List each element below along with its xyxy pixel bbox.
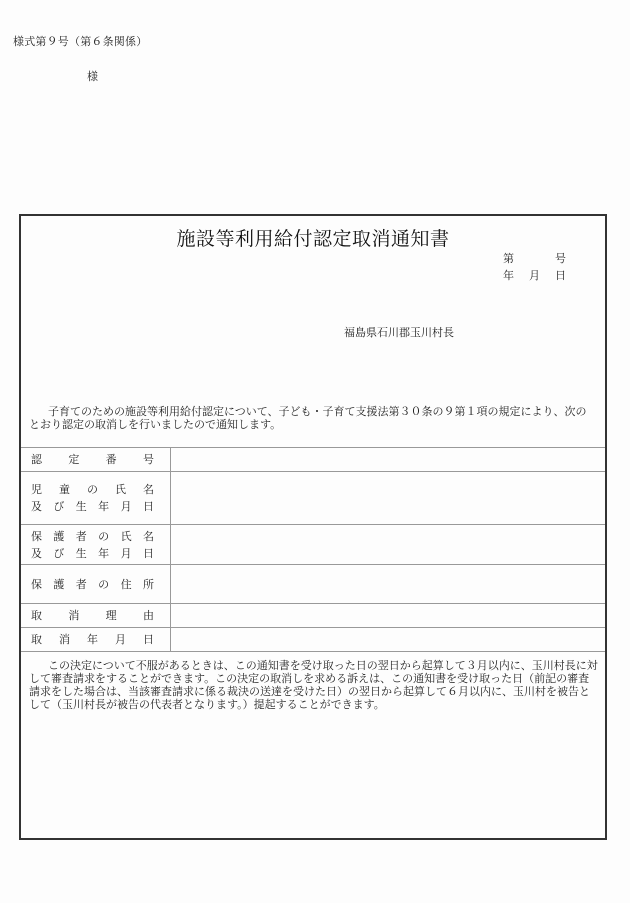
label-char: び (53, 498, 64, 515)
label-char: 氏 (121, 528, 132, 545)
row-label-cancellation-date: 取消年月日 (21, 628, 170, 652)
row-value-certification-number[interactable] (170, 448, 605, 472)
label-char: 号 (143, 451, 154, 468)
label-char: 及 (31, 545, 42, 562)
document-frame: 施設等利用給付認定取消通知書 第 号 年 月 日 福島県石川郡玉川村長 子育ての… (19, 214, 607, 840)
label-char: 童 (59, 481, 70, 498)
label-char: 者 (76, 576, 87, 593)
label-char: 名 (143, 528, 154, 545)
row-value-guardian-name-birthdate[interactable] (170, 525, 605, 565)
label-char: 定 (68, 451, 79, 468)
info-table: 認定番号児童の氏名及び生年月日保護者の氏名及び生年月日保護者の住所取消理由取消年… (21, 447, 605, 652)
label-char: 消 (68, 607, 79, 624)
label-char: 年 (98, 498, 109, 515)
table-row-certification-number: 認定番号 (21, 448, 605, 472)
label-char: 保 (31, 528, 42, 545)
label-char: 生 (76, 498, 87, 515)
row-label-cancellation-reason: 取消理由 (21, 604, 170, 628)
label-line: 認定番号 (31, 451, 154, 468)
table-row-child-name-birthdate: 児童の氏名及び生年月日 (21, 472, 605, 525)
label-char: 日 (143, 545, 154, 562)
label-line: 保護者の氏名 (31, 528, 154, 545)
label-line: 保護者の住所 (31, 576, 154, 593)
label-line: 及び生年月日 (31, 545, 154, 562)
issuer-name: 福島県石川郡玉川村長 (344, 324, 454, 340)
row-value-cancellation-reason[interactable] (170, 604, 605, 628)
label-char: 日 (143, 631, 154, 648)
label-char: の (98, 528, 109, 545)
label-line: 取消理由 (31, 607, 154, 624)
table-row-cancellation-date: 取消年月日 (21, 628, 605, 652)
form-number: 様式第９号（第６条関係） (13, 33, 147, 49)
date-day: 日 (555, 267, 566, 284)
label-char: 取 (31, 607, 42, 624)
row-label-certification-number: 認定番号 (21, 448, 170, 472)
label-char: 児 (31, 481, 42, 498)
label-char: の (87, 481, 98, 498)
table-row-cancellation-reason: 取消理由 (21, 604, 605, 628)
document-number-date: 第 号 年 月 日 (501, 250, 566, 284)
label-char: 消 (59, 631, 70, 648)
label-char: 住 (121, 576, 132, 593)
label-line: 及び生年月日 (31, 498, 154, 515)
row-value-child-name-birthdate[interactable] (170, 472, 605, 525)
date-year: 年 (503, 267, 514, 284)
appeal-notice: この決定について不服があるときは、この通知書を受け取った日の翌日から起算して３月… (29, 659, 599, 711)
table-row-guardian-address: 保護者の住所 (21, 565, 605, 604)
label-char: 由 (143, 607, 154, 624)
date-month: 月 (529, 267, 540, 284)
label-char: 理 (106, 607, 117, 624)
row-value-cancellation-date[interactable] (170, 628, 605, 652)
table-row-guardian-name-birthdate: 保護者の氏名及び生年月日 (21, 525, 605, 565)
label-char: 月 (121, 498, 132, 515)
row-label-guardian-address: 保護者の住所 (21, 565, 170, 604)
row-label-child-name-birthdate: 児童の氏名及び生年月日 (21, 472, 170, 525)
label-char: 月 (115, 631, 126, 648)
label-char: 取 (31, 631, 42, 648)
label-char: 所 (143, 576, 154, 593)
label-char: 護 (53, 576, 64, 593)
label-char: 番 (106, 451, 117, 468)
label-char: 日 (143, 498, 154, 515)
doc-number-suffix: 号 (555, 250, 566, 267)
label-char: 護 (53, 528, 64, 545)
addressee-suffix: 様 (87, 68, 98, 84)
label-char: 氏 (115, 481, 126, 498)
label-char: 年 (98, 545, 109, 562)
label-char: 保 (31, 576, 42, 593)
doc-number-prefix: 第 (503, 250, 514, 267)
label-line: 児童の氏名 (31, 481, 154, 498)
document-title: 施設等利用給付認定取消通知書 (21, 224, 605, 251)
label-char: 者 (76, 528, 87, 545)
label-char: 認 (31, 451, 42, 468)
label-char: の (98, 576, 109, 593)
row-label-guardian-name-birthdate: 保護者の氏名及び生年月日 (21, 525, 170, 565)
label-char: 名 (143, 481, 154, 498)
label-char: 及 (31, 498, 42, 515)
label-char: 年 (87, 631, 98, 648)
label-line: 取消年月日 (31, 631, 154, 648)
row-value-guardian-address[interactable] (170, 565, 605, 604)
label-char: 月 (121, 545, 132, 562)
label-char: 生 (76, 545, 87, 562)
intro-text: 子育てのための施設等利用給付認定について、子ども・子育て支援法第３０条の９第１項… (29, 405, 589, 431)
label-char: び (53, 545, 64, 562)
